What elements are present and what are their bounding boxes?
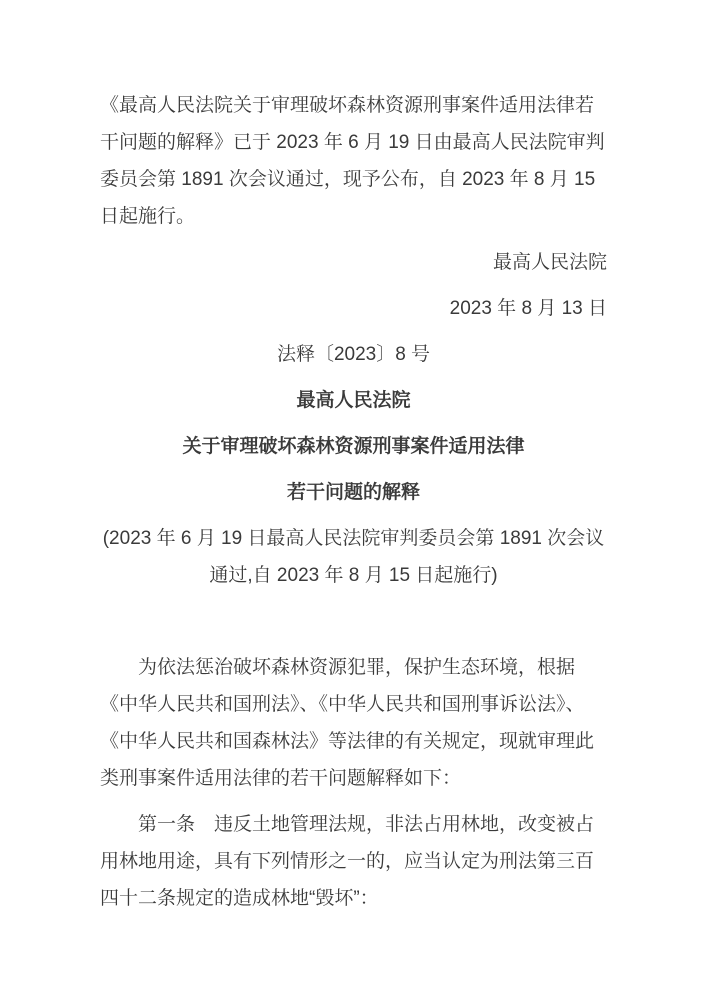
title-subject-line1: 关于审理破坏森林资源刑事案件适用法律 (100, 428, 607, 465)
document-number: 法释〔2023〕8 号 (100, 336, 607, 373)
adoption-note: (2023 年 6 月 19 日最高人民法院审判委员会第 1891 次会议通过,… (100, 520, 607, 594)
intro-paragraph: 《最高人民法院关于审理破坏森林资源刑事案件适用法律若干问题的解释》已于 2023… (100, 87, 607, 235)
issuer-line: 最高人民法院 (100, 244, 607, 281)
preamble-paragraph: 为依法惩治破坏森林资源犯罪，保护生态环境，根据《中华人民共和国刑法》、《中华人民… (100, 649, 607, 797)
title-court: 最高人民法院 (100, 382, 607, 419)
issue-date-line: 2023 年 8 月 13 日 (100, 290, 607, 327)
title-subject-line2: 若干问题的解释 (100, 474, 607, 511)
document-page: 《最高人民法院关于审理破坏森林资源刑事案件适用法律若干问题的解释》已于 2023… (0, 0, 707, 999)
blank-line (100, 603, 607, 640)
article-1-paragraph: 第一条 违反土地管理法规，非法占用林地，改变被占用林地用途，具有下列情形之一的，… (100, 806, 607, 917)
